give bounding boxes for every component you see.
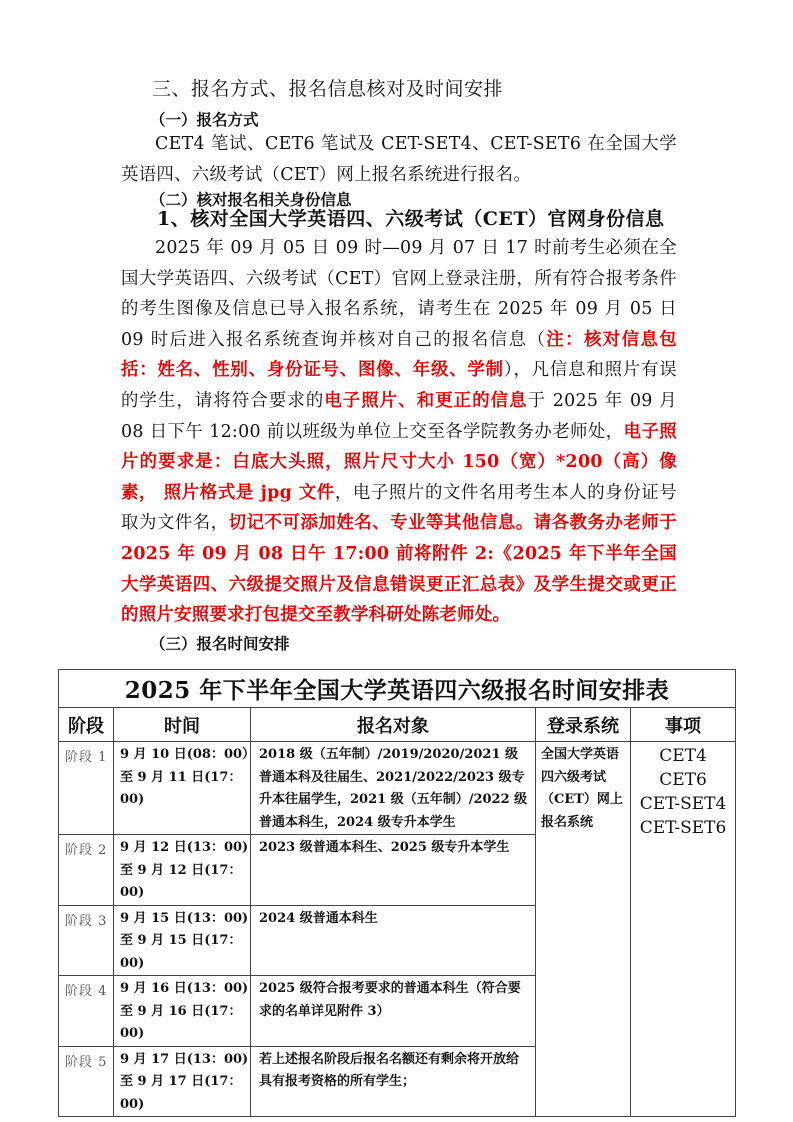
time-cell: 9 月 10 日(08：00）至 9 月 11 日(17：00) <box>114 742 251 835</box>
subsection-heading-registration-method: （一）报名方式 <box>150 108 259 130</box>
verify-info-paragraph: 2025 年 09 月 05 日 09 时—09 月 07 日 17 时前考生必… <box>121 233 677 631</box>
time-cell: 9 月 17 日(13：00)至 9 月 17 日(17：00) <box>114 1046 251 1117</box>
schedule-table: 2025 年下半年全国大学英语四六级报名时间安排表 阶段 时间 报名对象 登录系… <box>58 669 735 1117</box>
table-title: 2025 年下半年全国大学英语四六级报名时间安排表 <box>59 670 736 708</box>
stage-cell: 阶段 2 <box>59 835 114 906</box>
time-cell: 9 月 16 日(13：00)至 9 月 16 日(17：00) <box>114 976 251 1047</box>
target-cell: 若上述报名阶段后报名名额还有剩余将开放给具有报考资格的所有学生； <box>251 1046 536 1117</box>
column-header-stage: 阶段 <box>59 708 114 742</box>
time-cell: 9 月 12 日(13：00)至 9 月 12 日(17：00) <box>114 835 251 906</box>
column-header-system: 登录系统 <box>536 708 631 742</box>
stage-cell: 阶段 3 <box>59 905 114 976</box>
time-cell: 9 月 15 日(13：00)至 9 月 15 日(17：00) <box>114 905 251 976</box>
stage-cell: 阶段 1 <box>59 742 114 835</box>
emphasis-text: 电子照片、和更正的信息 <box>324 391 527 411</box>
exam-item: CET-SET6 <box>631 816 735 840</box>
column-header-target: 报名对象 <box>251 708 536 742</box>
target-cell: 2023 级普通本科生、2025 级专升本学生 <box>251 835 536 906</box>
target-cell: 2024 级普通本科生 <box>251 905 536 976</box>
subsection-heading-schedule: （三）报名时间安排 <box>150 632 290 654</box>
column-header-items: 事项 <box>631 708 736 742</box>
table-row: 阶段 1 9 月 10 日(08：00）至 9 月 11 日(17：00) 20… <box>59 742 736 835</box>
registration-method-text: CET4 笔试、CET6 笔试及 CET-SET4、CET-SET6 在全国大学… <box>121 129 677 190</box>
target-cell: 2018 级（五年制）/2019/2020/2021 级普通本科及往届生、202… <box>251 742 536 835</box>
section-title: 三、报名方式、报名信息核对及时间安排 <box>152 74 503 101</box>
column-header-time: 时间 <box>114 708 251 742</box>
stage-cell: 阶段 5 <box>59 1046 114 1117</box>
item-heading-verify-cet-info: 1、核对全国大学英语四、六级考试（CET）官网身份信息 <box>157 204 664 231</box>
items-cell: CET4 CET6 CET-SET4 CET-SET6 <box>631 742 736 1117</box>
exam-item: CET6 <box>631 768 735 792</box>
document-page: 三、报名方式、报名信息核对及时间安排 （一）报名方式 CET4 笔试、CET6 … <box>0 0 793 1122</box>
exam-item: CET-SET4 <box>631 792 735 816</box>
system-cell: 全国大学英语四六级考试（CET）网上报名系统 <box>536 742 631 1117</box>
stage-cell: 阶段 4 <box>59 976 114 1047</box>
target-cell: 2025 级符合报考要求的普通本科生（符合要求的名单详见附件 3） <box>251 976 536 1047</box>
exam-item: CET4 <box>631 744 735 768</box>
